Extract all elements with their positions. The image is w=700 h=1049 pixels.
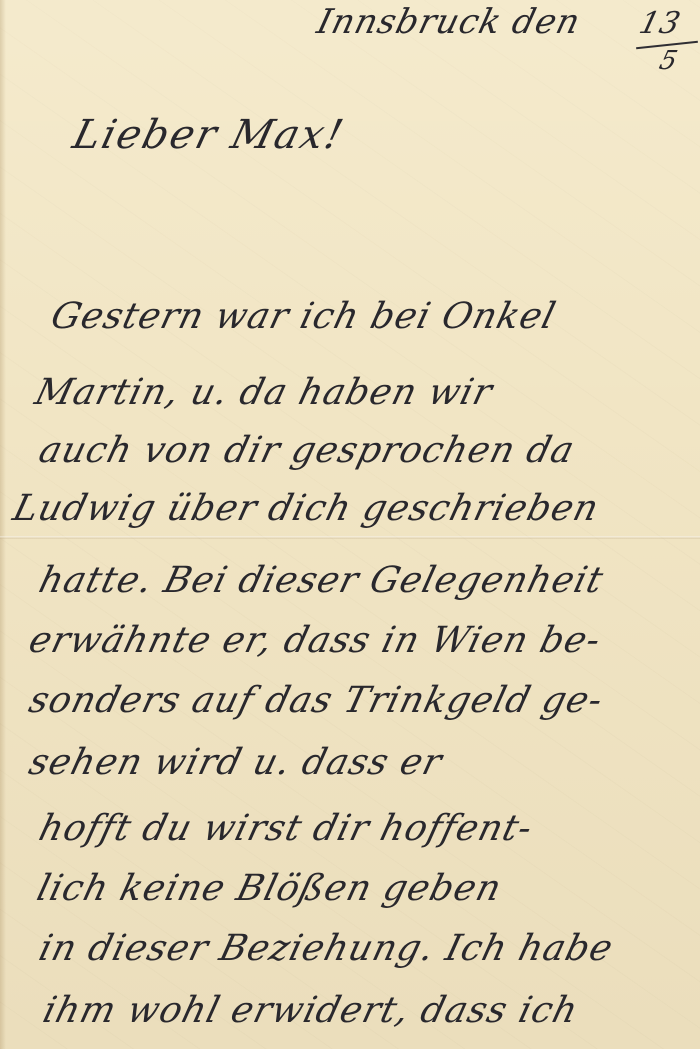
body-line: auch von dir gesprochen da	[35, 430, 579, 471]
body-line: lich keine Blößen geben	[33, 868, 506, 909]
body-line: erwähnte er, dass in Wien be-	[25, 620, 605, 661]
body-line: sonders auf das Trinkgeld ge-	[25, 680, 607, 721]
body-line: hofft du wirst dir hoffent-	[35, 808, 537, 849]
body-line: Martin, u. da haben wir	[31, 372, 497, 413]
letter-date-day: 13	[636, 6, 685, 41]
body-line: hatte. Bei dieser Gelegenheit	[35, 560, 608, 601]
letter-page: Innsbruck den 13 5 Lieber Max! Gestern w…	[0, 0, 700, 1049]
body-line: in dieser Beziehung. Ich habe	[35, 928, 618, 969]
letter-date-month: 5	[656, 46, 681, 76]
paper-fold-line	[0, 536, 700, 539]
body-line: ihm wohl erwidert, dass ich	[39, 990, 583, 1031]
body-line: sehen wird u. dass er	[25, 742, 447, 783]
page-edge-shadow	[0, 0, 6, 1049]
body-line: Gestern war ich bei Onkel	[47, 296, 560, 337]
letter-place: Innsbruck den	[313, 2, 585, 42]
body-line: Ludwig über dich geschrieben	[9, 488, 603, 529]
letter-salutation: Lieber Max!	[68, 112, 349, 158]
